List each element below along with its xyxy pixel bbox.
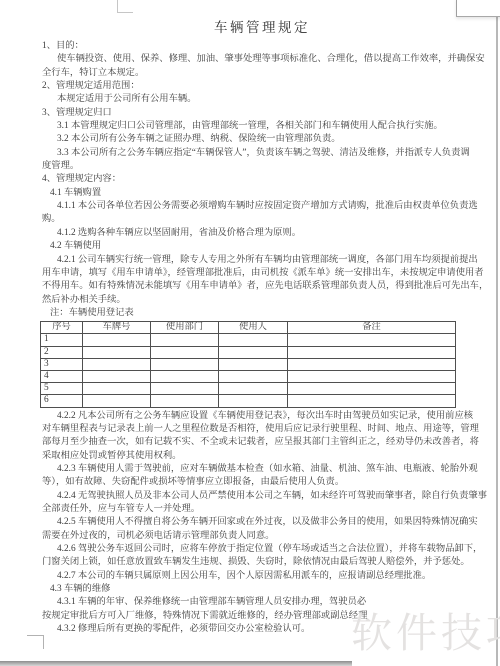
empty-cell	[219, 346, 288, 358]
document-line: 购。	[40, 213, 468, 226]
document-line: 等），如有故障、失窃配件或损坏等情事应立即报备，由最后使用人负责。	[40, 476, 468, 489]
document-line: 部每月至少抽查一次，如有记载不实、不全或未记载者，应呈报其部门主管纠正之，经劝导…	[40, 436, 468, 449]
empty-cell	[83, 395, 151, 407]
document-line: 门窗关闭上锁，如任意放置致车辆发生违规、损毁、失窃时，除依情况由最后驾驶人赔偿外…	[40, 556, 468, 569]
table-header-cell: 使用部门	[151, 322, 219, 334]
table-row: 2	[41, 346, 456, 358]
empty-cell	[151, 358, 219, 370]
document-line: 注：车辆使用登记表	[40, 307, 468, 320]
empty-cell	[151, 383, 219, 395]
page-title: 车辆管理规定	[0, 16, 500, 36]
document-line: 4.1.1 本公司各单位若因公务需要必须增购车辆时应按固定资产增加方式请购，批准…	[40, 200, 468, 213]
table-header-cell: 序号	[41, 322, 83, 334]
watermark-text: 软件技巧	[351, 600, 500, 659]
document-line: 使车辆投资、使用、保养、修理、加油、肇事处理等事项标准化、合理化，借以提高工作效…	[40, 53, 468, 66]
empty-cell	[83, 334, 151, 346]
document-line: 4.2.2 凡本公司所有之公务车辆应设置《车辆使用登记表》，每次出车时由驾驶员如…	[40, 410, 468, 423]
empty-cell	[219, 383, 288, 395]
empty-cell	[219, 371, 288, 383]
table-header-row: 序号车牌号使用部门使用人备注	[41, 322, 456, 334]
table-header-cell: 使用人	[219, 322, 288, 334]
empty-cell	[219, 334, 288, 346]
bottom-window-edge	[0, 661, 352, 666]
document-line: 需要在外过夜的，司机必须电话请示管理部负责人同意。	[40, 530, 468, 543]
document-line: 4.2.6 驾驶公务车返回公司时，应将车停放于指定位置（停车场或适当之合法位置）…	[40, 543, 468, 556]
empty-cell	[288, 346, 456, 358]
document-line: 4.2.7 本公司的车辆只属原则上因公用车，因个人原因需私用派车的，应报请副总经…	[40, 570, 468, 583]
table-row: 4	[41, 371, 456, 383]
row-number-cell: 4	[41, 371, 83, 383]
page-edge-line	[496, 0, 498, 666]
row-number-cell: 6	[41, 395, 83, 407]
document-line: 4.1 车辆购置	[40, 187, 468, 200]
row-number-cell: 3	[41, 358, 83, 370]
document-line: 3.1 本管理规定归口公司管理部，由管理部统一管理，各相关部门和车辆使用人配合执…	[40, 120, 468, 133]
empty-cell	[83, 371, 151, 383]
empty-cell	[288, 383, 456, 395]
vehicle-usage-register-table: 序号车牌号使用部门使用人备注 123456	[40, 321, 456, 407]
table-header-cell: 备注	[288, 322, 456, 334]
row-number-cell: 1	[41, 334, 83, 346]
empty-cell	[151, 334, 219, 346]
table-row: 3	[41, 358, 456, 370]
document-line: 4.2.1 公司车辆实行统一管理，除专人专用之外所有车辆均由管理部统一调度，各部…	[40, 254, 468, 267]
empty-cell	[83, 383, 151, 395]
empty-cell	[151, 346, 219, 358]
empty-cell	[288, 358, 456, 370]
empty-cell	[151, 371, 219, 383]
document-line: 2、管理规定适用范围：	[40, 80, 468, 93]
document-line: 4.2.4 无驾驶执照人员及非本公司人员严禁使用本公司之车辆，如未经许可驾驶而肇…	[40, 490, 468, 503]
document-line: 不得用车。如有特殊情况未能填写《用车申请单》者，应先电话联系管理部负责人员，得到…	[40, 280, 468, 293]
document-line: 全行车，特订立本规定。	[40, 67, 468, 80]
document-line: 4、管理规定内容：	[40, 173, 468, 186]
document-line: 3.3 本公司所有之公务车辆应指定“车辆保管人”，负责该车辆之驾驶、清洁及维修，…	[40, 147, 468, 160]
empty-cell	[219, 395, 288, 407]
document-line: 3.2 本公司所有公务车辆之证照办理、纳税、保险统一由管理部负责。	[40, 133, 468, 146]
body-text-upper: 1、目的：使车辆投资、使用、保养、修理、加油、肇事处理等事项标准化、合理化，借以…	[40, 40, 468, 320]
page-corner-mark-top-left	[117, 0, 133, 13]
document-line: 4.2.5 车辆使用人不得擅自将公务车辆开回家或在外过夜，以及做非公务目的使用，…	[40, 516, 468, 529]
document-line: 采取相应处罚或暂停其使用权利。	[40, 450, 468, 463]
document-line: 对车辆里程表与记录表上前一人之里程位数是否相符，使用后应记录行驶里程、时间、地点…	[40, 423, 468, 436]
empty-cell	[288, 371, 456, 383]
document-line: 全部责任外，应与车管专人一并处理。	[40, 503, 468, 516]
table-row: 5	[41, 383, 456, 395]
empty-cell	[83, 346, 151, 358]
document-line: 本规定适用于公司所有公用车辆。	[40, 93, 468, 106]
table-header-cell: 车牌号	[83, 322, 151, 334]
empty-cell	[288, 334, 456, 346]
empty-cell	[288, 395, 456, 407]
document-line: 1、目的：	[40, 40, 468, 53]
empty-cell	[151, 395, 219, 407]
document-line: 4.3 车辆的维修	[40, 583, 468, 596]
document-line: 用车申请，填写《用车申请单》，经管理部批准后，由司机按《派车单》统一安排出车，未…	[40, 267, 468, 280]
empty-cell	[83, 358, 151, 370]
document-line: 4.2 车辆使用	[40, 240, 468, 253]
row-number-cell: 2	[41, 346, 83, 358]
overlapping-panel-corner	[456, 0, 500, 17]
document-line: 度管理。	[40, 160, 468, 173]
document-line: 4.2.3 车辆使用人需于驾驶前，应对车辆做基本检查（如水箱、油量、机油、煞车油…	[40, 463, 468, 476]
document-page: 车辆管理规定 1、目的：使车辆投资、使用、保养、修理、加油、肇事处理等事项标准化…	[0, 0, 500, 666]
document-line: 4.1.2 选购各种车辆应以坚固耐用，省油及价格合理为原则。	[40, 227, 468, 240]
page-corner-mark-bottom-left	[27, 635, 44, 649]
row-number-cell: 5	[41, 383, 83, 395]
document-line: 3、管理规定归口	[40, 107, 468, 120]
document-line: 然后补办相关手续。	[40, 294, 468, 307]
document-body: 1、目的：使车辆投资、使用、保养、修理、加油、肇事处理等事项标准化、合理化，借以…	[40, 40, 468, 636]
table-row: 6	[41, 395, 456, 407]
table-row: 1	[41, 334, 456, 346]
empty-cell	[219, 358, 288, 370]
